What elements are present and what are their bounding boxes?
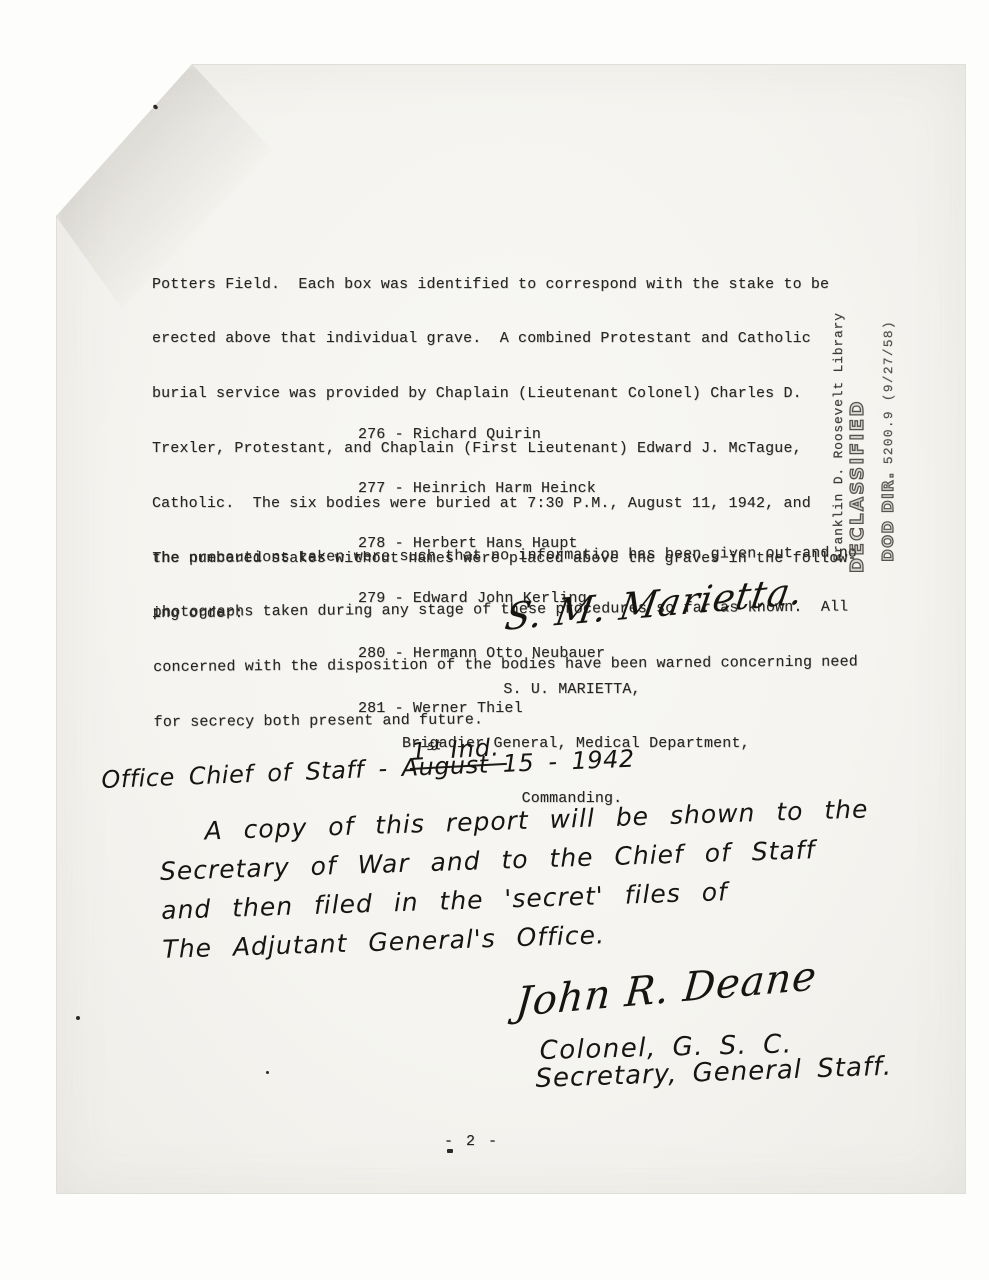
dod-directive-prefix: DOD DIR. [879, 471, 897, 561]
dod-directive-stamp: DOD DIR. 5200.9 (9/27/58) [879, 314, 897, 568]
text-line: Potters Field. Each box was identified t… [152, 276, 857, 294]
text-line: erected above that individual grave. A c… [152, 330, 857, 348]
declassified-stamp: DECLASSIFIED [846, 398, 868, 574]
signer-name: S. U. MARIETTA, [402, 681, 742, 699]
text-line: The precautions taken were such that no … [152, 544, 857, 568]
roosevelt-library-stamp: Franklin D. Roosevelt Library [830, 307, 846, 567]
list-item: 276 - Richard Quirin [358, 426, 605, 444]
dod-directive-number: 5200.9 (9/27/58) [881, 320, 896, 464]
ink-speck [447, 1149, 453, 1153]
scanned-document-page: Potters Field. Each box was identified t… [0, 0, 989, 1280]
ink-speck [76, 1016, 80, 1020]
list-item: 277 - Heinrich Harm Heinck [358, 480, 605, 498]
ink-speck [266, 1071, 269, 1074]
handwritten-note: A copy of this report will be shown to t… [158, 788, 923, 969]
